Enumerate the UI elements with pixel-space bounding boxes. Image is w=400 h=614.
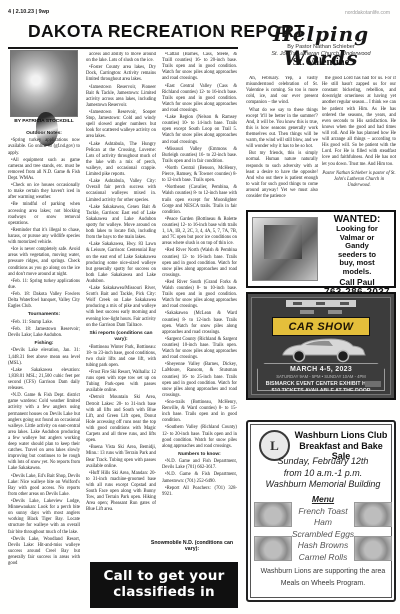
helping-words-church: St. John's Lutheran Church, Underwood: [244, 51, 398, 57]
paragraph: •N.D. Game & Fish Department, Jamestown:…: [162, 472, 237, 484]
sponsor-logos-strip: [286, 300, 356, 307]
paragraph: •Red River North (Walsh & Pembina counti…: [162, 248, 237, 279]
paragraph: •Huff Hills Ski Area, Mandan: 20- to 31-…: [86, 471, 156, 514]
paragraph: •Lake Ashtabula, The Hungry Pelican at t…: [86, 142, 156, 179]
paragraph: •Sakakawea (McLean & Ward counties) 8- t…: [162, 311, 237, 335]
paragraph: •Frost Fire Ski Resort, Walhalla: 12 run…: [86, 370, 156, 394]
lions-ad-title-line1: Washburn Lions Club: [290, 430, 392, 441]
lions-ad-location: Washburn Memorial Building: [252, 479, 394, 491]
paragraph: •Report All Poachers: (701) 328-9921.: [162, 486, 237, 498]
photo-food-hash-browns: [254, 536, 292, 561]
photo-seeder-equipment: [252, 217, 318, 281]
classifieds-ad-text: Call to get your classifieds in: [90, 569, 238, 600]
report-column-2: access and ability to move around on the…: [86, 52, 156, 536]
photo-food-ham: [354, 502, 392, 527]
paragraph: •Sheyenne Valley (Barnes, Dickey, LaMour…: [162, 362, 237, 399]
wanted-ad-call: Call Paul: [320, 277, 394, 287]
car-show-title: CAR SHOW: [288, 321, 353, 333]
car-show-sponsor-mark: [365, 381, 381, 387]
lions-ad-footer-line1: Washburn Lions are supporting the area: [252, 566, 394, 578]
car-show-date: MARCH 4-5, 2023: [290, 366, 352, 373]
paragraph: •Buena Vista Ski Area, Bemidji, Minn.: 1…: [86, 445, 156, 469]
paragraph: But my friends, this is simply normal. H…: [246, 151, 318, 200]
paragraph: •Bottineau Winter Park, Bottineau: 18- t…: [86, 345, 156, 369]
paragraph: •Lake Sakakawea elevation: 1,838.01 MSL;…: [8, 368, 80, 392]
snowmobile-heading: Snowmobile N.D. (conditions can vary):: [146, 540, 238, 552]
paragraph: Outdoor Notes:: [8, 131, 80, 137]
paragraph: •Lake Sakakawea, Hwy. 83 Lawn & Leisure,…: [86, 242, 156, 285]
paragraph: •Detroit Mountain Ski Area, Detroit Lake…: [86, 395, 156, 444]
car-show-ad-panel: CAR SHOW MARCH 4-5, 2023 SATURDAY 9AM - …: [251, 297, 391, 395]
lions-ad-footer-line2: Meals on Wheels Program.: [252, 578, 394, 590]
paragraph: Ski reports (conditions can vary):: [86, 331, 156, 344]
car-show-venue: BISMARCK EVENT CENTER EXHIBIT HALL: [266, 381, 377, 387]
paragraph: •Lake Ashtabula, Valley City: Overall fa…: [86, 179, 156, 203]
paragraph: •Sargent County (Richland & Sargent coun…: [162, 337, 237, 361]
paragraph: •Southern Valley (Richland County) 12- t…: [162, 425, 237, 449]
paragraph: •Feb. 18: Jamestown Reservoir; Devils La…: [8, 327, 80, 339]
paragraph: •Foster County area lakes, Dry Dock, Car…: [86, 65, 156, 83]
article-title: St. Valentine: [244, 57, 398, 68]
helping-words-byline: By Pastor Nathan Schieber: [244, 44, 398, 50]
paragraph: •Lake Sakakawea, Cenex Bait & Tackle, Ga…: [86, 205, 156, 242]
paragraph: •Red River South (Grand Forks & Walsh co…: [162, 280, 237, 311]
report-column-1: Outdoor Notes:•Spring turkey application…: [8, 129, 80, 608]
paragraph: What do we say to these things except 'i…: [246, 108, 318, 151]
paragraph: •Feb. 11: Spring turkey applications due…: [8, 279, 80, 291]
paragraph: Pastor Nathan Schieber is pastor of St. …: [322, 171, 396, 189]
paragraph: •Be mindful of parking when accessing ar…: [8, 202, 80, 226]
paragraph: Numbers to know:: [162, 452, 237, 458]
paragraph: •Peace Garden (Bottineau & Rolette count…: [162, 217, 237, 248]
paragraph: •Jamestown Reservoir, Pioneer Bait & Tac…: [86, 85, 156, 109]
photo-wildlife: [10, 50, 78, 117]
lions-ad-footer: Washburn Lions are supporting the area M…: [252, 566, 394, 590]
paragraph: models.: [320, 268, 394, 277]
lions-ad-when: Sunday, February 12th from 10 a.m.-1 p.m…: [252, 456, 394, 491]
paragraph: •Lake Sakakawea/Missouri River, Scott's …: [86, 286, 156, 329]
helping-words-column-right: the good Lord has had for us. For if He …: [322, 76, 396, 206]
car-show-banner: CAR SHOW: [273, 318, 369, 335]
paragraph: •Check on ice houses occasionally to mak…: [8, 183, 80, 201]
photo-food-carmel-rolls: [354, 536, 392, 561]
paragraph: •N.D. Game and Fish Department, Devils L…: [162, 459, 237, 471]
lions-ad-date: Sunday, February 12th: [252, 456, 394, 468]
paragraph: •North Central (Benson, McHenry, Pierce,…: [162, 166, 237, 184]
photo-credit: BY PATRICIA STOCKDILL: [10, 119, 78, 124]
sponsor-logos-row: [293, 310, 349, 315]
paragraph: the good Lord has had for us. For if He …: [322, 76, 396, 168]
car-show-times: SATURDAY 9AM - 5PM • SUNDAY 10AM - 4PM: [276, 374, 366, 379]
wanted-ad: WANTED: Looking forValmar orGandyseeders…: [246, 210, 396, 288]
paragraph: •Spring turkey applications now availabl…: [8, 138, 80, 156]
wanted-ad-lines: Looking forValmar orGandyseeders tobuy, …: [320, 225, 394, 276]
paragraph: •Cattail (Barnes, Cass, Steele, & Traill…: [162, 52, 237, 83]
lions-club-ad: L Washburn Lions Club Breakfast and Bake…: [246, 420, 396, 602]
paragraph: Ah, February. Yep, a vastly misunderstoo…: [246, 76, 318, 107]
classifieds-ad: Call to get your classifieds in: [90, 562, 238, 608]
paragraph: •Missouri Valley (Emmons & Burleigh coun…: [162, 147, 237, 165]
website-url: norddakotanlife.com: [345, 10, 390, 16]
paragraph: •Devils Lake, Ed's Bait Shop, Devils Lak…: [8, 474, 80, 498]
report-column-3: •Cattail (Barnes, Cass, Steele, & Traill…: [162, 52, 237, 558]
car-show-tickets: $10 TICKETS AVAILABLE AT THE DOOR: [271, 388, 370, 394]
car-show-details: MARCH 4-5, 2023 SATURDAY 9AM - 5PM • SUN…: [257, 363, 385, 391]
paragraph: •Feb. 11: Stump Lake.: [8, 320, 80, 326]
page-folio: 4 | 2.10.23 | 9wp: [8, 9, 49, 15]
paragraph: •Ice is never completely safe. Avoid are…: [8, 247, 80, 278]
paragraph: •Devils Lake, Lakeview Lodge, Minnewauka…: [8, 499, 80, 536]
newspaper-page: 4 | 2.10.23 | 9wp norddakotanlife.com DA…: [0, 0, 400, 614]
helping-words-column-left: Ah, February. Yep, a vastly misunderstoo…: [246, 76, 318, 206]
paragraph: access and ability to move around on the…: [86, 52, 156, 64]
paragraph: •Devils Lake elevation, Jan. 31: 1,448.3…: [8, 348, 80, 366]
paragraph: Fishing:: [8, 341, 80, 347]
paragraph: Tournaments:: [8, 312, 80, 318]
paragraph: •All equipment such as game cameras and …: [8, 158, 80, 182]
paragraph: •Sno-trails (Bottineau, McHenry, Renvill…: [162, 400, 237, 424]
car-show-fine-print: 12 & UNDER FREE WITH PAID ADMISSION: [285, 395, 357, 399]
photo-food-french-toast: [254, 502, 292, 527]
lions-ad-time: from 10 a.m.-1 p.m.: [252, 468, 394, 480]
paragraph: •Reminder that it's illegal to chase, ha…: [8, 228, 80, 246]
paragraph: •Northeast (Cavalier, Pembina, & Walsh c…: [162, 185, 237, 216]
paragraph: •Feb. 18: Dakota Valley Fowlers Delta Wa…: [8, 292, 80, 310]
paragraph: •Devils Lake, Woodland Resort, Devils La…: [8, 537, 80, 568]
paragraph: •N.D. Game & Fish Dept. district game wa…: [8, 393, 80, 472]
car-show-ad: CAR SHOW MARCH 4-5, 2023 SATURDAY 9AM - …: [246, 292, 396, 400]
paragraph: •East Central Valley (Cass & Richland co…: [162, 84, 237, 115]
paragraph: •Lake Region (Nelson & Ramsey counties) …: [162, 115, 237, 146]
paragraph: •Jamestown Reservoir, Sooper Stop, James…: [86, 110, 156, 141]
